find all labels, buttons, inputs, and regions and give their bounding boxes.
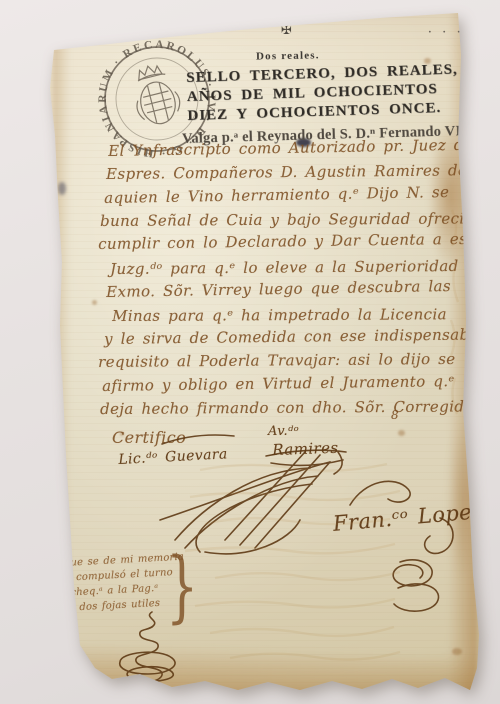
manuscript-line: afirmo y obligo en Virtud el Juramento q… xyxy=(102,372,455,395)
manuscript-line: Juzg.ᵈᵒ para q.ᵉ lo eleve a la Superiori… xyxy=(110,257,491,278)
foxing-spot xyxy=(452,648,462,655)
lopez-flourish xyxy=(350,481,453,611)
signature-ramires: Ramires xyxy=(272,439,339,459)
marginal-note-line: en dos fojas utiles xyxy=(62,598,161,614)
manuscript-line: Espres. Compañeros D. Agustin Ramires de xyxy=(106,161,467,183)
manuscript-line: Minas para q.ᵉ ha impetrado la Licencia xyxy=(112,305,447,325)
note-brace: } xyxy=(166,548,198,626)
manuscript-line: Exmo. Sõr. Virrey luego que descubra las xyxy=(106,277,451,301)
ink-smudge xyxy=(58,182,66,195)
corner-dots: · · · · xyxy=(428,26,479,38)
marginal-note-line: se compulsó el turno xyxy=(60,567,173,584)
signature-guevara: Lic.ᵈᵒ Guevara xyxy=(118,446,228,468)
manuscript-line: requisito al Poderla Travajar: asi lo di… xyxy=(98,350,456,371)
foxing-spot xyxy=(92,300,97,305)
document-paper: CAROLUS · IV · D · G · HISPANIARUM · REX… xyxy=(0,0,500,704)
seal-coat-of-arms xyxy=(128,61,184,129)
manuscript-line: aquien le Vino herramiento q.ᵉ Dijo N. s… xyxy=(104,183,449,207)
signature-lopez: Fran.ᶜᵒ Lopez xyxy=(332,499,484,536)
manuscript-line: deja hecho firmando con dho. Sõr. Correg… xyxy=(100,397,500,418)
certify-word: Certifico xyxy=(112,428,186,447)
manuscript-line: y le sirva de Comedida con ese indispens… xyxy=(104,325,484,348)
edge-discoloration-bottom xyxy=(54,641,475,704)
cross-icon: ✠ xyxy=(281,23,292,38)
paper-sheet: CAROLUS · IV · D · G · HISPANIARUM · REX… xyxy=(0,0,500,704)
marginal-note-line: y cheq.ᵃ a la Pag.ᵃ xyxy=(60,583,159,599)
manuscript-line: buna Señal de Cuia y bajo Seguridad ofre… xyxy=(100,209,474,230)
fee-label: Dos reales. xyxy=(256,49,320,62)
edge-discoloration-top xyxy=(50,0,460,44)
stray-digit: 8 xyxy=(391,408,399,422)
photo-background: CAROLUS · IV · D · G · HISPANIARUM · REX… xyxy=(0,0,500,704)
guevara-rubric-scribble xyxy=(160,452,330,554)
edge-discoloration-left xyxy=(52,40,70,670)
tax-stamp-text: SELLO TERCERO, DOS REALES, AÑOS DE MIL O… xyxy=(186,60,459,126)
manuscript-line: cumplir con lo Declarado y Dar Cuenta a … xyxy=(98,230,483,253)
foxing-spot xyxy=(398,430,405,436)
signature-clerk-abbrev: Av.ᵈᵒ xyxy=(268,424,299,439)
